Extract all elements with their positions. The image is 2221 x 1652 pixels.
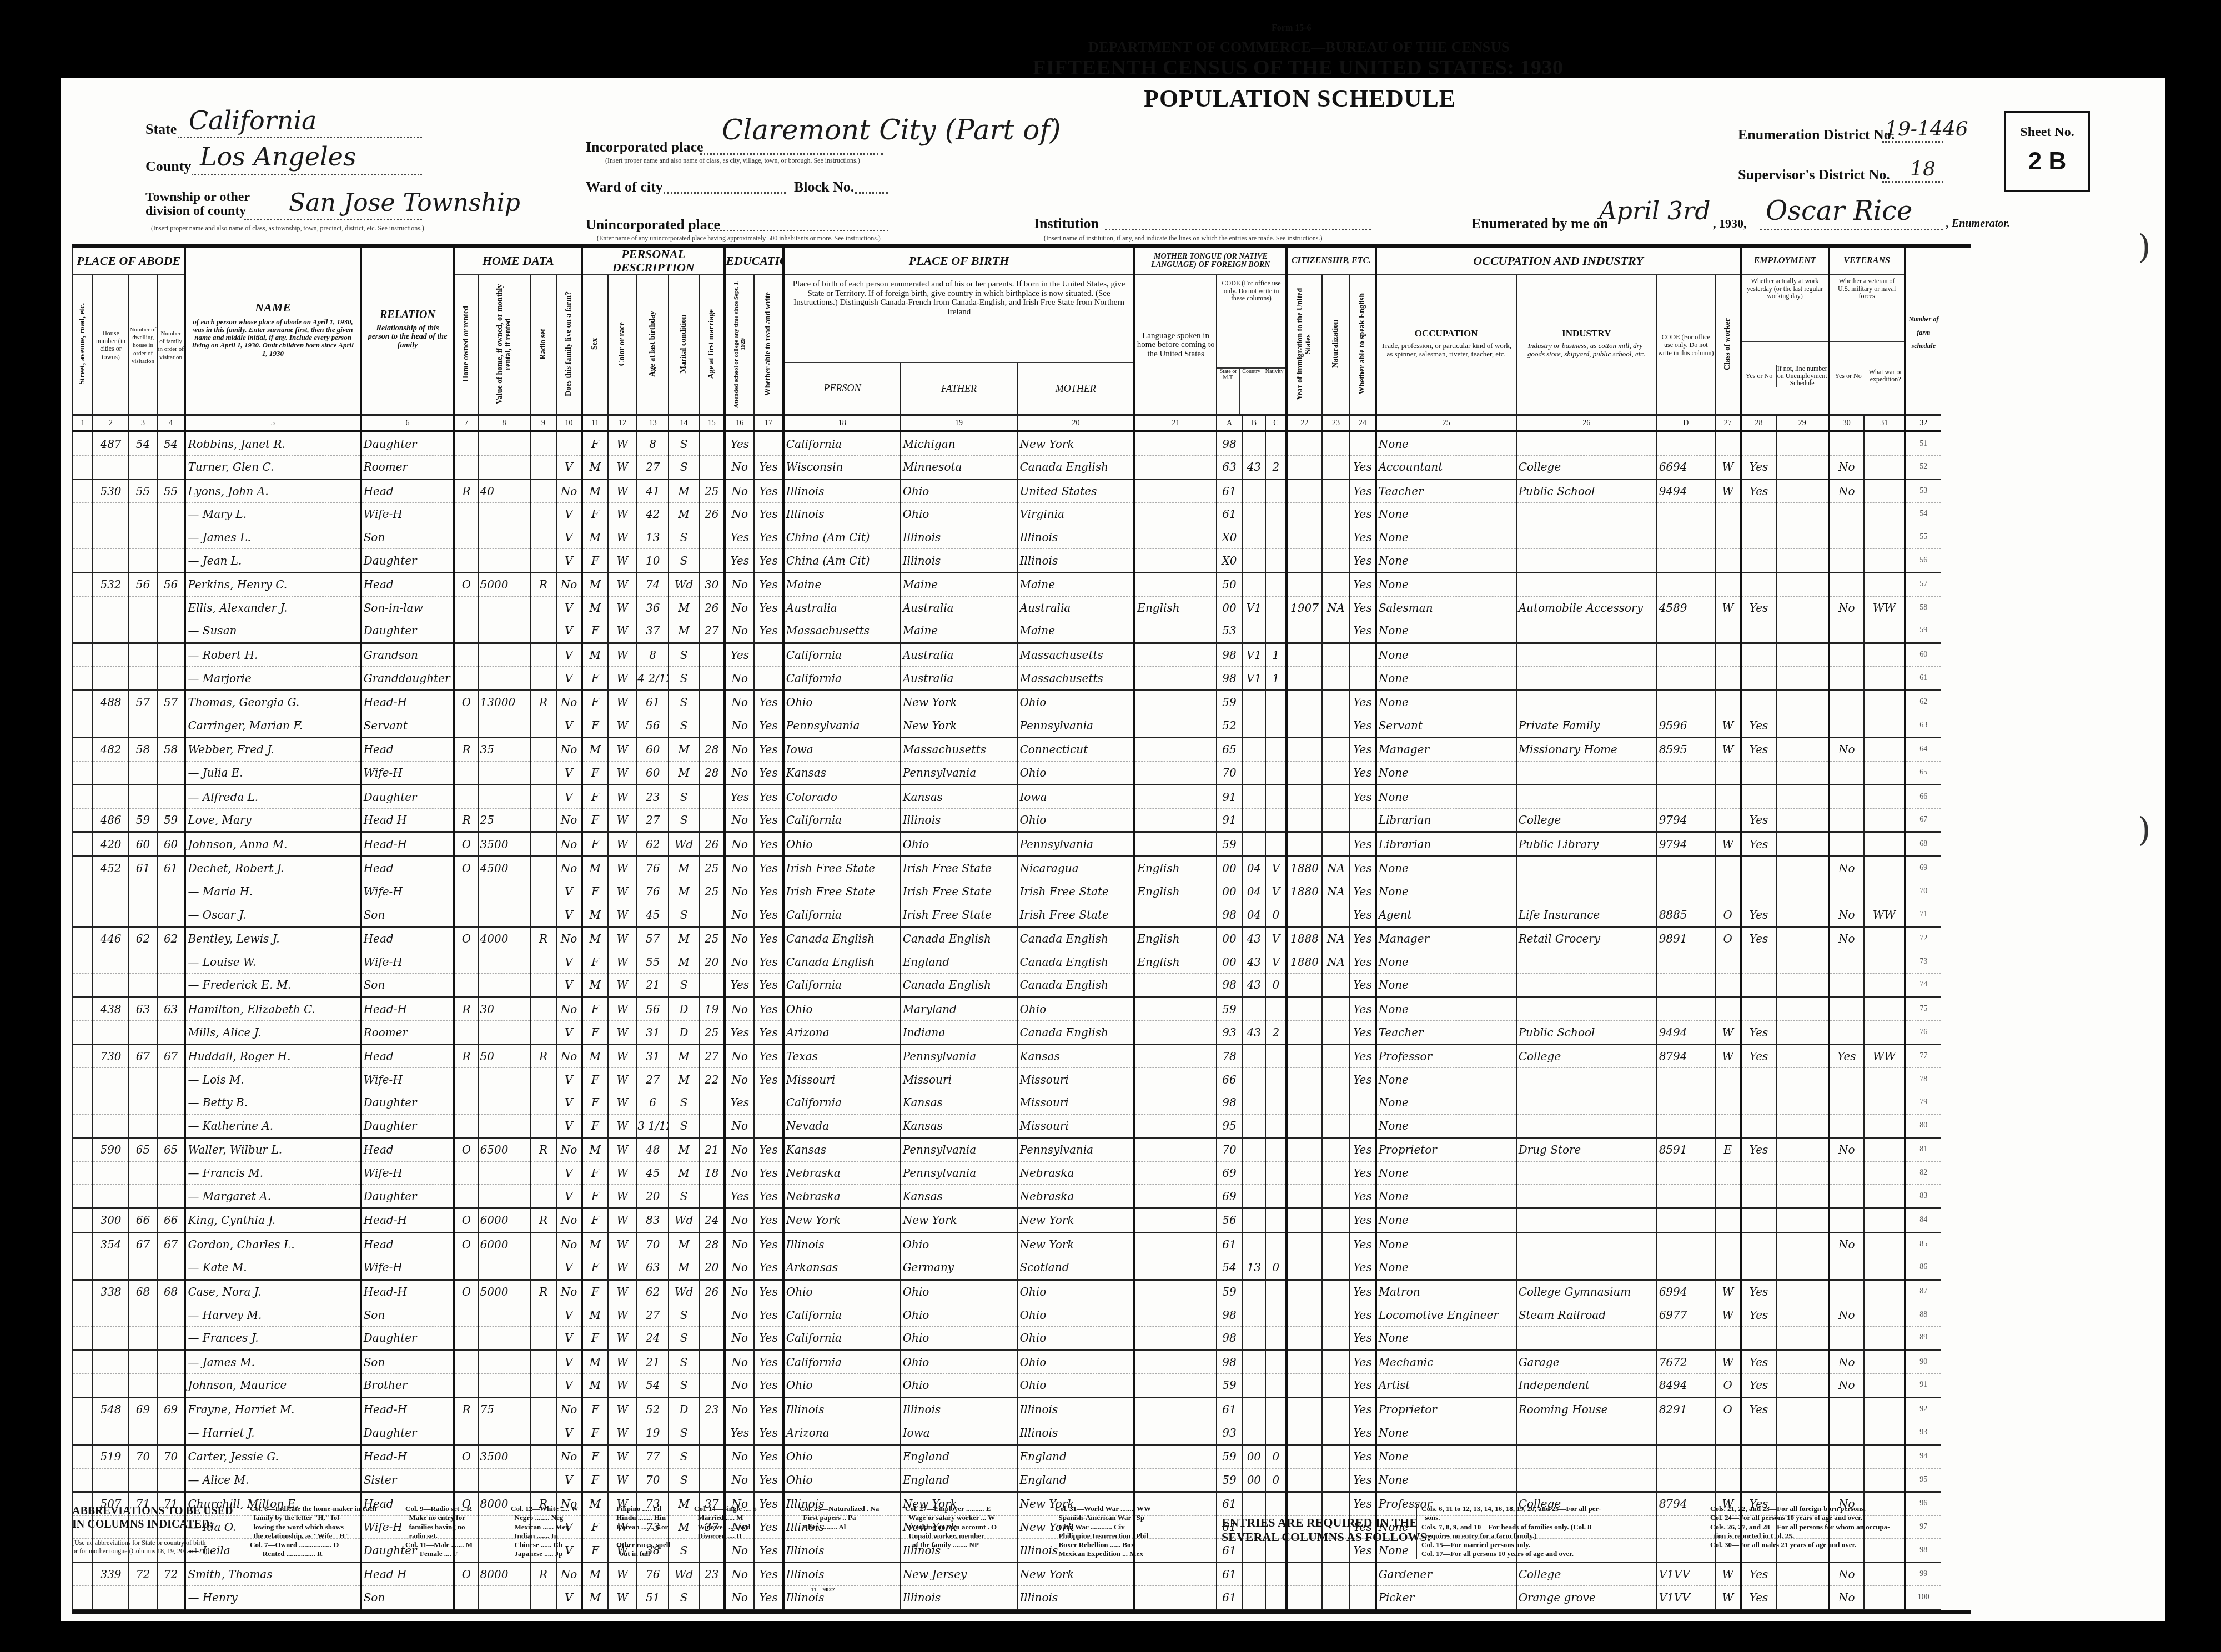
cell-school: Yes [725,1091,754,1115]
cell-sex: F [582,761,607,785]
cell-race: W [608,1185,637,1208]
cell-english: Yes [1350,857,1375,880]
cell-sex: F [582,1280,607,1303]
cell-birth-father: Ohio [901,1326,1018,1350]
cell-farm: V [556,1114,582,1138]
column-number: 3 [129,415,157,432]
cell-natur [1322,479,1350,503]
abbrev-col9: Col. 9—Radio set .. R Make no entry for … [405,1504,473,1559]
cell-language [1134,997,1217,1021]
cell-war [1864,619,1905,643]
cell-school: No [725,1256,754,1280]
census-row: — Mary L.Wife-HVFW42M26NoYesIllinoisOhio… [73,503,1971,526]
header-school: Attended school or college any time sinc… [725,275,754,415]
cell-birth-person: Illinois [783,479,901,503]
cell-line: 67 [1905,808,1941,832]
cell-school: No [725,1397,754,1421]
cell-sex: F [582,1421,607,1445]
cell-street [73,1185,93,1208]
margin-mark: ) [2138,810,2150,849]
cell-class [1715,1208,1741,1232]
cell-age: 52 [637,1397,669,1421]
cell-birth-mother: Massachusetts [1017,667,1134,691]
cell-owned [454,974,478,998]
cell-industry [1516,1161,1657,1185]
cell-marital: S [669,903,699,927]
cell-vet [1829,785,1864,809]
cell-school: No [725,1280,754,1303]
cell-race: W [608,643,637,667]
cell-radio [530,1326,556,1350]
cell-age: 27 [637,1303,669,1327]
cell-house [93,785,129,809]
cell-english: Yes [1350,974,1375,998]
cell-war [1864,1021,1905,1045]
cell-ca: 65 [1217,738,1242,762]
census-row: 4865959Love, MaryHead HR25NoFW27SNoYesCa… [73,808,1971,832]
header-farm-schedule: Number of farm schedule [1905,248,1941,415]
cell-age-marr: 28 [699,1232,725,1256]
cell-value [478,974,531,998]
cell-age-marr: 26 [699,503,725,526]
cell-sex: F [582,1161,607,1185]
cell-farm: V [556,643,582,667]
cell-birth-father: Illinois [901,1397,1018,1421]
cell-class [1715,643,1741,667]
cell-occupation: None [1376,1326,1516,1350]
cell-war [1864,455,1905,479]
cell-farm: V [556,1091,582,1115]
cell-dwelling: 54 [129,431,157,455]
cell-occ-code [1657,785,1715,809]
cell-cc [1265,1374,1287,1398]
cell-english: Yes [1350,549,1375,573]
cell-value [478,619,531,643]
cell-dwelling [129,667,157,691]
cell-age-marr [699,1185,725,1208]
cell-age-marr [699,690,725,714]
cell-value [478,1185,531,1208]
sd-line [1882,181,1943,183]
cell-school: No [725,1350,754,1374]
cell-farm: V [556,1468,582,1492]
cell-cb [1242,479,1265,503]
cell-birth-mother: Ohio [1017,808,1134,832]
abbrev-col14: Col. 14—Single .... S Married ..... M Wi… [694,1504,757,1540]
cell-street [73,1303,93,1327]
cell-occupation: Locomotive Engineer [1376,1303,1516,1327]
column-number: 2 [93,415,129,432]
cell-name: — Julia E. [185,761,360,785]
cell-radio [530,503,556,526]
cell-english: Yes [1350,997,1375,1021]
cell-birth-father: Australia [901,667,1018,691]
cell-street [73,880,93,903]
cell-birth-father: Australia [901,643,1018,667]
cell-farm: V [556,903,582,927]
cell-immig [1287,643,1321,667]
enumerated-label: Enumerated by me on [1471,215,1608,232]
cell-birth-person: Ohio [783,1280,901,1303]
cell-unemp [1776,857,1829,880]
cell-cb [1242,1397,1265,1421]
cell-birth-mother: Ohio [1017,1374,1134,1398]
census-row: — Margaret A.DaughterVFW20SYesYesNebrask… [73,1185,1971,1208]
cell-occ-code: 7672 [1657,1350,1715,1374]
cell-unemp [1776,690,1829,714]
cell-work [1741,950,1776,974]
cell-house: 488 [93,690,129,714]
cell-industry [1516,503,1657,526]
cell-family: 56 [157,572,185,596]
cell-radio [530,455,556,479]
cell-value: 25 [478,808,531,832]
cell-war [1864,572,1905,596]
cell-race: W [608,431,637,455]
cell-birth-mother: Illinois [1017,1397,1134,1421]
cell-age-marr: 18 [699,1161,725,1185]
cell-unemp [1776,761,1829,785]
cell-radio [530,1421,556,1445]
cell-age: 74 [637,572,669,596]
cell-work: Yes [1741,1374,1776,1398]
cell-ca: 66 [1217,1068,1242,1091]
cell-cb: V1 [1242,643,1265,667]
cell-read: Yes [754,1138,783,1162]
cell-industry: College [1516,808,1657,832]
cell-occ-code [1657,1256,1715,1280]
cell-line: 95 [1905,1468,1941,1492]
cell-age: 54 [637,1374,669,1398]
cell-street [73,832,93,857]
cell-language [1134,832,1217,857]
cell-cc [1265,526,1287,549]
cell-house: 530 [93,479,129,503]
cell-line: 94 [1905,1444,1941,1468]
cell-work: Yes [1741,1350,1776,1374]
cell-read: Yes [754,738,783,762]
cell-farm: No [556,857,582,880]
family-label: Number of family in order of visitation [158,330,183,361]
cell-age-marr: 19 [699,997,725,1021]
cell-house [93,526,129,549]
cell-occupation: Librarian [1376,832,1516,857]
cell-street [73,1397,93,1421]
cell-relation: Daughter [361,1185,455,1208]
census-row: 5486969Frayne, Harriet M.Head-HR75NoFW52… [73,1397,1971,1421]
cell-dwelling [129,714,157,738]
cell-ca: 98 [1217,431,1242,455]
cell-natur [1322,1280,1350,1303]
cell-marital: D [669,1397,699,1421]
cell-language [1134,479,1217,503]
cell-race: W [608,596,637,619]
cell-birth-father: Missouri [901,1068,1018,1091]
header-relation-title: RELATION [362,309,454,321]
header-race: Color or race [608,275,637,415]
cell-work: Yes [1741,808,1776,832]
cell-vet [1829,761,1864,785]
cell-immig [1287,455,1321,479]
cell-school: No [725,857,754,880]
cell-marital: M [669,479,699,503]
cell-vet: No [1829,1350,1864,1374]
cell-occupation: None [1376,667,1516,691]
cell-owned [454,1256,478,1280]
cell-age: 61 [637,690,669,714]
cell-family: 54 [157,431,185,455]
cell-dwelling: 63 [129,997,157,1021]
cell-name: — Lois M. [185,1068,360,1091]
cell-age-marr [699,1091,725,1115]
cell-race: W [608,1421,637,1445]
cell-radio: R [530,926,556,950]
cell-dwelling [129,596,157,619]
cell-cc [1265,1326,1287,1350]
cell-sex: M [582,738,607,762]
cell-unemp [1776,619,1829,643]
cell-work [1741,785,1776,809]
township-label: Township or other division of county [145,190,268,218]
cell-farm: No [556,1397,582,1421]
industry-title: INDUSTRY [1517,329,1656,339]
cell-war [1864,1232,1905,1256]
cell-natur: NA [1322,926,1350,950]
cell-sex: F [582,808,607,832]
cell-family: 55 [157,479,185,503]
sheet-value: 2 B [2006,148,2088,175]
census-row: — Alice M.SisterVFW70SNoYesOhioEnglandEn… [73,1468,1971,1492]
cell-birth-mother: Illinois [1017,1421,1134,1445]
cell-birth-person: Colorado [783,785,901,809]
cell-vet [1829,1256,1864,1280]
cell-school: No [725,714,754,738]
column-number: 4 [157,415,185,432]
cell-occ-code [1657,1114,1715,1138]
column-number: 10 [556,415,582,432]
cell-school: No [725,619,754,643]
cell-dwelling [129,903,157,927]
enumerator-name: Oscar Rice [1766,195,1912,226]
cell-natur [1322,1044,1350,1068]
cell-farm: V [556,1421,582,1445]
census-row: — Frederick E. M.SonVMW21SYesYesCaliforn… [73,974,1971,998]
cell-house: 420 [93,832,129,857]
column-number: 16 [725,415,754,432]
cell-natur [1322,572,1350,596]
column-number: 25 [1376,415,1516,432]
cell-unemp [1776,1326,1829,1350]
cell-birth-person: Ohio [783,1444,901,1468]
enumerator-line [1760,229,1943,230]
cell-war [1864,926,1905,950]
cell-cc [1265,1138,1287,1162]
cell-english: Yes [1350,1303,1375,1327]
cell-english [1350,643,1375,667]
cell-immig: 1907 [1287,596,1321,619]
work-yes-label: Yes or No [1742,372,1776,380]
cell-read: Yes [754,1374,783,1398]
cell-unemp [1776,950,1829,974]
cell-read: Yes [754,503,783,526]
cell-cc: 1 [1265,667,1287,691]
township-value: San Jose Township [289,189,520,217]
cell-family [157,1468,185,1492]
cell-street [73,1161,93,1185]
cell-radio [530,479,556,503]
cell-immig [1287,479,1321,503]
cell-line: 59 [1905,619,1941,643]
cell-war: WW [1864,903,1905,927]
immigration-label: Year of immigration to the United States [1296,280,1313,408]
cell-natur: NA [1322,950,1350,974]
cell-ca: 53 [1217,619,1242,643]
cell-unemp [1776,572,1829,596]
cell-radio [530,1161,556,1185]
cell-industry [1516,1091,1657,1115]
cell-war [1864,761,1905,785]
cell-industry [1516,431,1657,455]
cell-ca: 00 [1217,880,1242,903]
cell-natur: NA [1322,880,1350,903]
cell-age: 42 [637,503,669,526]
cell-war [1864,1114,1905,1138]
cell-work [1741,1068,1776,1091]
cell-line: 81 [1905,1138,1941,1162]
cell-cb [1242,431,1265,455]
cell-age: 83 [637,1208,669,1232]
cell-name: — James M. [185,1350,360,1374]
cell-birth-father: New York [901,1208,1018,1232]
cell-house [93,1421,129,1445]
cell-english: Yes [1350,832,1375,857]
cell-family [157,667,185,691]
cell-street [73,785,93,809]
cell-name: Johnson, Anna M. [185,832,360,857]
cell-birth-father: Canada English [901,926,1018,950]
cell-class [1715,1114,1741,1138]
cell-house [93,643,129,667]
cell-read [754,431,783,455]
cell-war [1864,1091,1905,1115]
cell-ca: 91 [1217,808,1242,832]
cell-occ-code [1657,1161,1715,1185]
cell-race: W [608,1444,637,1468]
cell-immig [1287,1161,1321,1185]
cell-line: 66 [1905,785,1941,809]
cell-race: W [608,1044,637,1068]
cell-name: — Kate M. [185,1256,360,1280]
cell-name: — Francis M. [185,1161,360,1185]
cell-birth-mother: United States [1017,479,1134,503]
cell-street [73,1350,93,1374]
cell-cc: 2 [1265,455,1287,479]
cell-english [1350,1091,1375,1115]
cell-ca: 93 [1217,1021,1242,1045]
cell-work [1741,1232,1776,1256]
cell-language [1134,738,1217,762]
cell-relation: Daughter [361,1114,455,1138]
cell-owned [454,903,478,927]
cell-occ-code: 8591 [1657,1138,1715,1162]
township-line [244,219,422,220]
cell-race: W [608,974,637,998]
cell-dwelling [129,1161,157,1185]
cell-marital: D [669,1021,699,1045]
cell-work: Yes [1741,479,1776,503]
cell-class [1715,1421,1741,1445]
cell-industry: Independent [1516,1374,1657,1398]
cell-cb [1242,503,1265,526]
header-employment: Whether actually at work yesterday (or t… [1741,275,1828,415]
cell-occupation: None [1376,857,1516,880]
census-row: 3546767Gordon, Charles L.HeadO6000NoMW70… [73,1232,1971,1256]
cell-english: Yes [1350,1068,1375,1091]
cell-class: W [1715,1350,1741,1374]
cell-house [93,1303,129,1327]
cell-industry [1516,950,1657,974]
cell-value [478,667,531,691]
cell-birth-mother: Connecticut [1017,738,1134,762]
birth-person-label: PERSON [785,383,900,394]
cell-ca: 70 [1217,761,1242,785]
cell-school: No [725,572,754,596]
cell-immig [1287,503,1321,526]
cell-english: Yes [1350,1185,1375,1208]
cell-owned [454,950,478,974]
incorporated-line [700,153,883,155]
cell-school: No [725,1303,754,1327]
at-work-desc: Whether actually at work yesterday (or t… [1742,275,1827,342]
header-radio: Radio set [530,275,556,415]
cell-dwelling [129,1468,157,1492]
cell-birth-person: Maine [783,572,901,596]
cell-marital: S [669,1185,699,1208]
cell-birth-father: Ohio [901,1280,1018,1303]
cell-work: Yes [1741,1397,1776,1421]
cell-owned [454,1468,478,1492]
cell-cc [1265,572,1287,596]
census-row: 3386868Case, Nora J.Head-HO5000RNoFW62Wd… [73,1280,1971,1303]
cell-unemp [1776,832,1829,857]
cell-industry [1516,643,1657,667]
cell-house [93,667,129,691]
cell-race: W [608,549,637,573]
cell-war [1864,857,1905,880]
cell-immig [1287,738,1321,762]
cell-language [1134,1208,1217,1232]
header-name-desc: of each person whose place of abode on A… [186,315,359,361]
cell-house: 486 [93,808,129,832]
cell-read [754,1091,783,1115]
cell-marital: M [669,1044,699,1068]
cell-vet [1829,1068,1864,1091]
cell-english: Yes [1350,785,1375,809]
cell-school: No [725,880,754,903]
cell-owned: O [454,832,478,857]
cell-race: W [608,1138,637,1162]
cell-cb: 43 [1242,1021,1265,1045]
cell-race: W [608,1468,637,1492]
cell-radio [530,1256,556,1280]
cell-english: Yes [1350,903,1375,927]
cell-age: 8 [637,643,669,667]
cell-family [157,619,185,643]
cell-unemp [1776,1232,1829,1256]
cell-age-marr [699,785,725,809]
cell-family [157,974,185,998]
cell-english [1350,1114,1375,1138]
